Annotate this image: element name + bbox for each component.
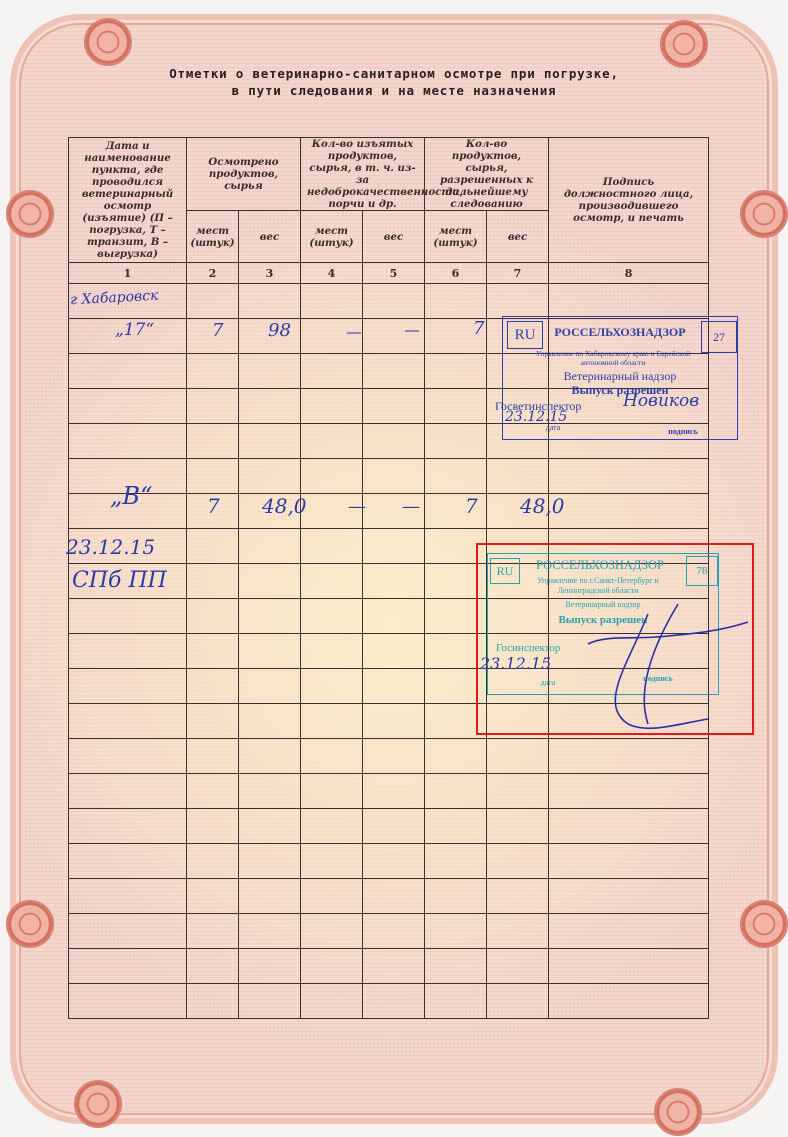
table-cell	[549, 844, 709, 879]
table-cell	[69, 879, 187, 914]
table-cell	[301, 459, 363, 494]
table-cell	[301, 844, 363, 879]
table-cell	[549, 879, 709, 914]
table-row	[69, 459, 709, 494]
table-cell	[239, 424, 301, 459]
table-cell	[487, 739, 549, 774]
header-weight: вес	[363, 211, 425, 263]
corner-rosette-icon	[84, 18, 132, 66]
header-signature: Подпись должностного лица, производившег…	[549, 138, 709, 263]
table-cell	[425, 809, 487, 844]
table-cell	[69, 844, 187, 879]
handwritten-place-3: СПб ПП	[72, 568, 167, 593]
corner-rosette-icon	[740, 900, 788, 948]
table-cell	[425, 459, 487, 494]
table-cell	[301, 389, 363, 424]
table-cell	[363, 284, 425, 319]
table-cell	[549, 459, 709, 494]
table-row	[69, 949, 709, 984]
table-cell	[187, 424, 239, 459]
handwritten-allowed-places-1: 7	[473, 318, 484, 339]
column-number: 6	[425, 263, 487, 284]
handwritten-date-1: „17“	[115, 320, 154, 340]
table-cell	[239, 704, 301, 739]
table-cell	[425, 879, 487, 914]
table-row	[69, 494, 709, 529]
table-cell	[69, 389, 187, 424]
page-title: Отметки о ветеринарно-санитарном осмотре…	[0, 66, 788, 81]
table-cell	[487, 459, 549, 494]
table-cell	[363, 424, 425, 459]
table-cell	[239, 809, 301, 844]
table-cell	[363, 914, 425, 949]
table-cell	[187, 774, 239, 809]
corner-rosette-icon	[6, 900, 54, 948]
table-row	[69, 914, 709, 949]
table-cell	[363, 634, 425, 669]
table-cell	[239, 354, 301, 389]
table-cell	[363, 774, 425, 809]
table-row	[69, 879, 709, 914]
table-cell	[487, 809, 549, 844]
table-cell	[187, 669, 239, 704]
table-cell	[301, 529, 363, 564]
table-cell	[301, 739, 363, 774]
table-cell	[301, 599, 363, 634]
corner-rosette-icon	[74, 1080, 122, 1128]
header-removed: Кол-во изъятых продуктов, сырья, в т. ч.…	[301, 138, 425, 211]
table-cell	[239, 599, 301, 634]
table-cell	[239, 879, 301, 914]
vet-stamp-khabarovsk: RU РОССЕЛЬХОЗНАДЗОР 27 Управление по Хаб…	[502, 316, 738, 440]
table-cell	[425, 354, 487, 389]
table-cell	[69, 424, 187, 459]
table-row	[69, 984, 709, 1019]
table-cell	[69, 914, 187, 949]
table-cell	[239, 389, 301, 424]
table-cell	[301, 284, 363, 319]
table-cell	[425, 984, 487, 1019]
table-cell	[425, 424, 487, 459]
table-cell	[187, 739, 239, 774]
handwritten-date-3: 23.12.15	[66, 535, 155, 559]
table-cell	[487, 774, 549, 809]
table-cell	[363, 669, 425, 704]
table-cell	[69, 984, 187, 1019]
table-cell	[69, 634, 187, 669]
table-cell	[363, 704, 425, 739]
column-number: 1	[69, 263, 187, 284]
table-cell	[425, 739, 487, 774]
table-row	[69, 809, 709, 844]
table-cell	[301, 669, 363, 704]
table-cell	[363, 354, 425, 389]
stamp-signature-label: подпись	[653, 427, 713, 436]
table-cell	[187, 564, 239, 599]
stamp-country-code: RU	[507, 321, 543, 349]
header-places: мест (штук)	[187, 211, 239, 263]
table-cell	[549, 774, 709, 809]
table-cell	[549, 984, 709, 1019]
handwritten-weight-1: 98	[268, 320, 291, 341]
table-row	[69, 284, 709, 319]
table-cell	[363, 879, 425, 914]
corner-rosette-icon	[660, 20, 708, 68]
table-cell	[239, 669, 301, 704]
table-cell	[187, 844, 239, 879]
header-weight: вес	[487, 211, 549, 263]
table-cell	[549, 494, 709, 529]
table-cell	[363, 949, 425, 984]
table-cell	[487, 984, 549, 1019]
table-cell	[239, 914, 301, 949]
handwritten-places-2: 7	[207, 494, 220, 518]
table-cell	[301, 774, 363, 809]
table-cell	[549, 809, 709, 844]
table-cell	[239, 529, 301, 564]
handwritten-removed-places-1: —	[346, 322, 362, 341]
column-number: 3	[239, 263, 301, 284]
handwritten-allowed-weight-2: 48,0	[520, 494, 565, 518]
stamp-service: Ветеринарный надзор	[503, 369, 737, 384]
table-cell	[187, 389, 239, 424]
table-cell	[425, 284, 487, 319]
table-cell	[363, 599, 425, 634]
table-cell	[69, 809, 187, 844]
table-cell	[301, 424, 363, 459]
table-cell	[363, 564, 425, 599]
stamp-department: Управление по Хабаровскому краю и Еврейс…	[533, 349, 693, 367]
table-cell	[69, 774, 187, 809]
column-number: 2	[187, 263, 239, 284]
table-cell	[239, 564, 301, 599]
table-cell	[363, 529, 425, 564]
table-cell	[425, 949, 487, 984]
column-number: 5	[363, 263, 425, 284]
page-subtitle: в пути следования и на месте назначения	[0, 83, 788, 98]
table-cell	[239, 284, 301, 319]
table-cell	[301, 564, 363, 599]
table-cell	[425, 844, 487, 879]
table-cell	[363, 984, 425, 1019]
stamp-status: Выпуск разрешен	[503, 383, 737, 398]
table-cell	[187, 354, 239, 389]
stamp-region-code: 27	[701, 321, 737, 353]
stamp-agency: РОССЕЛЬХОЗНАДЗОР	[545, 325, 695, 340]
table-cell	[239, 459, 301, 494]
table-cell	[187, 634, 239, 669]
corner-rosette-icon	[654, 1088, 702, 1136]
table-cell	[239, 634, 301, 669]
header-places: мест (штук)	[425, 211, 487, 263]
table-cell	[363, 739, 425, 774]
handwritten-places-1: 7	[212, 320, 223, 341]
stamp-date-label: дата	[523, 423, 583, 432]
handwritten-weight-2: 48,0	[262, 494, 307, 518]
handwritten-removed-weight-1: —	[404, 320, 420, 339]
stamp-signature: Новиков	[623, 391, 699, 411]
table-cell	[187, 879, 239, 914]
table-cell	[549, 949, 709, 984]
table-cell	[301, 354, 363, 389]
table-cell	[239, 844, 301, 879]
header-places: мест (штук)	[301, 211, 363, 263]
column-number: 4	[301, 263, 363, 284]
table-cell	[487, 284, 549, 319]
table-cell	[425, 389, 487, 424]
handwritten-removed-weight-2: —	[402, 496, 420, 517]
table-cell	[187, 984, 239, 1019]
table-row	[69, 739, 709, 774]
handwritten-date-2: „В“	[110, 482, 152, 510]
table-cell	[487, 844, 549, 879]
column-number: 8	[549, 263, 709, 284]
table-cell	[69, 354, 187, 389]
table-cell	[487, 914, 549, 949]
table-cell	[69, 669, 187, 704]
table-cell	[187, 459, 239, 494]
table-cell	[363, 459, 425, 494]
highlight-box	[476, 543, 754, 735]
table-cell	[301, 914, 363, 949]
table-cell	[301, 704, 363, 739]
header-col1: Дата и наименование пункта, где проводил…	[69, 138, 187, 263]
table-cell	[301, 809, 363, 844]
table-cell	[425, 774, 487, 809]
table-cell	[363, 809, 425, 844]
table-cell	[239, 949, 301, 984]
table-cell	[69, 949, 187, 984]
table-cell	[239, 739, 301, 774]
table-cell	[425, 914, 487, 949]
handwritten-removed-places-2: —	[348, 496, 366, 517]
table-cell	[549, 284, 709, 319]
table-cell	[187, 529, 239, 564]
table-cell	[363, 389, 425, 424]
column-number: 7	[487, 263, 549, 284]
header-inspected: Осмотрено продуктов, сырья	[187, 138, 301, 211]
corner-rosette-icon	[6, 190, 54, 238]
table-cell	[549, 739, 709, 774]
handwritten-allowed-places-2: 7	[465, 494, 478, 518]
table-cell	[363, 844, 425, 879]
table-cell	[239, 774, 301, 809]
header-allowed: Кол-во продуктов, сырья, разрешенных к д…	[425, 138, 549, 211]
table-cell	[301, 879, 363, 914]
table-cell	[301, 984, 363, 1019]
table-cell	[187, 809, 239, 844]
corner-rosette-icon	[740, 190, 788, 238]
table-cell	[69, 739, 187, 774]
table-cell	[187, 704, 239, 739]
table-cell	[239, 984, 301, 1019]
table-cell	[487, 949, 549, 984]
header-weight: вес	[239, 211, 301, 263]
table-cell	[301, 634, 363, 669]
table-row	[69, 774, 709, 809]
table-cell	[187, 284, 239, 319]
table-cell	[187, 949, 239, 984]
table-cell	[187, 914, 239, 949]
table-cell	[487, 879, 549, 914]
table-cell	[549, 914, 709, 949]
table-cell	[187, 599, 239, 634]
table-row	[69, 844, 709, 879]
table-cell	[69, 599, 187, 634]
table-cell	[301, 949, 363, 984]
table-cell	[69, 704, 187, 739]
